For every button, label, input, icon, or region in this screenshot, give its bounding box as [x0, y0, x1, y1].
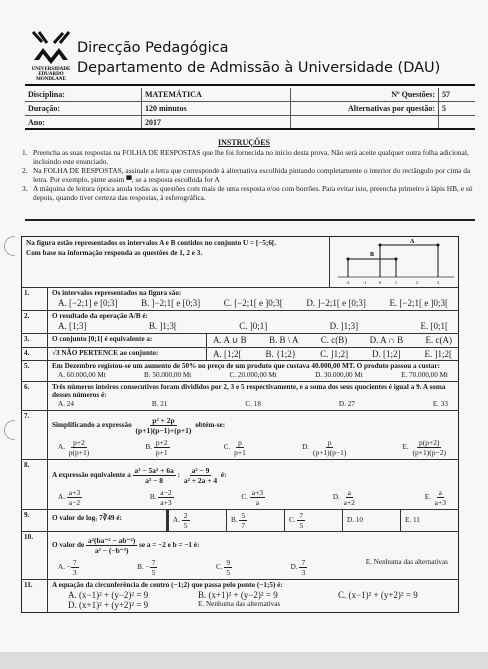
logo-line3: MONDLANE — [36, 77, 66, 82]
option-a: A. (x−1)² + (y−2)² = 9 — [68, 590, 198, 600]
question-7: 7. Simplificando a expressão p² + 2p(p+1… — [22, 411, 458, 460]
nquestoes-label: Nº Questões: — [291, 88, 439, 102]
option-d: D. 73 — [291, 558, 308, 577]
svg-text:2: 2 — [416, 280, 418, 285]
svg-text:1: 1 — [395, 280, 397, 285]
option-d: D. aa+2 — [333, 488, 357, 507]
option-a: A. a+3a−2 — [58, 488, 82, 507]
interval-figure: A B -2 -1 0 1 2 3 — [329, 237, 458, 287]
disciplina-label: Disciplina: — [25, 88, 142, 102]
questions-table: Na figura estão representados os interva… — [21, 236, 459, 613]
question-2: 2. O resultado da operação A/B é: A. [1;… — [22, 311, 458, 334]
nquestoes-value: 57 — [439, 88, 476, 102]
exam-page: UNIVERSIDADE EDUARDO MONDLANE Direcção P… — [0, 0, 488, 652]
option-c: C. 18 — [245, 400, 261, 408]
option-b: B. 50.000,00 Mt — [144, 371, 191, 379]
option-a: A. [1;2[ — [213, 349, 242, 359]
option-b: B. 21 — [152, 400, 168, 408]
option-e: E. 33 — [433, 400, 448, 408]
option-b: B. p+2p+1 — [145, 438, 169, 457]
binder-hole — [4, 236, 15, 256]
option-e: E. c(A) — [425, 335, 452, 346]
header-title: Direcção Pedagógica — [77, 40, 228, 56]
option-b: B. ]−2;1[ e [0;3] — [141, 298, 200, 308]
option-e: E. ]1;2[ — [424, 349, 452, 359]
instruction-item: 2.Na FOLHA DE RESPOSTAS, assinale a letr… — [22, 166, 474, 184]
option-e: E. [0;1[ — [421, 321, 449, 331]
intro-line1: Na figura estão representados os interva… — [26, 239, 325, 247]
option-c: C. ]1;2] — [320, 349, 348, 359]
label-a: A — [410, 239, 415, 245]
option-c: C. ]0;1] — [239, 321, 267, 331]
option-d: D. 30.000,00 Mt — [315, 371, 363, 379]
instruction-item: 1.Preencha as suas respostas na FOLHA DE… — [22, 148, 474, 166]
instruction-item: 3.A máquina de leitura óptica anula toda… — [22, 184, 474, 202]
svg-text:3: 3 — [437, 280, 439, 285]
option-c: C. a+3a — [241, 488, 265, 507]
intro-line2: Com base na informação responda as quest… — [26, 249, 325, 257]
intro-block: Na figura estão representados os interva… — [22, 237, 458, 288]
option-d: D. (x+1)² + (y+2)² = 9 — [68, 600, 198, 610]
option-a: A. [1;3] — [58, 321, 87, 331]
option-c: C. (x−1)² + (y+2)² = 9 — [338, 590, 438, 600]
option-e: E. Nenhuma das alternativas — [366, 558, 448, 577]
exam-metadata-table: Disciplina: MATEMÁTICA Nº Questões: 57 D… — [25, 88, 475, 130]
divider — [25, 84, 475, 86]
question-1: 1. Os intervalos representados na figura… — [22, 288, 458, 311]
question-9: 9. O valor de log₇ 7∛49 é: A. 25 B. 57 C… — [22, 510, 458, 532]
question-11: 11. A equação da circunferência de centr… — [22, 580, 458, 612]
option-a: A. p+2p(p+1) — [58, 438, 91, 457]
instructions-list: 1.Preencha as suas respostas na FOLHA DE… — [22, 148, 474, 202]
option-c: C. [−2;1[ e ]0;3[ — [224, 298, 283, 308]
alternativas-value: 5 — [439, 102, 476, 116]
option-d: D. A ∩ B — [370, 335, 404, 346]
option-b: B. B \ A — [269, 335, 299, 346]
disciplina-value: MATEMÁTICA — [142, 88, 291, 102]
option-a: A. 25 — [168, 510, 226, 531]
option-c: C. 75 — [284, 510, 342, 531]
alternativas-label: Alternativas por questão: — [291, 102, 439, 116]
question-8: 8. A expressão equivalente a a³ − 5a² + … — [22, 460, 458, 510]
option-d: D. p(p+1)(p−1) — [302, 438, 348, 457]
option-b: B. a−2a+3 — [150, 488, 174, 507]
instructions-title: INSTRUÇÕES — [0, 138, 488, 147]
option-b: B. 57 — [226, 510, 284, 531]
option-a: A. [−2;1] e [0;3] — [58, 298, 118, 308]
header-subtitle: Departamento de Admissão à Universidade … — [77, 60, 440, 76]
question-4: 4. √3 NÃO PERTENCE ao conjunto: A. [1;2[… — [22, 348, 458, 361]
duracao-value: 120 minutos — [142, 102, 291, 116]
option-b: B. ]1;3[ — [149, 321, 177, 331]
option-c: C. 20.000,00 Mt — [230, 371, 277, 379]
question-3: 3. O conjunto [0;1[ é equivalente a: A. … — [22, 334, 458, 348]
option-c: C. c(B) — [321, 335, 348, 346]
option-b: B. (x+1)² + (y−2)² = 9 — [198, 590, 338, 600]
question-6: 6. Três números inteiros consecutivos fo… — [22, 382, 458, 411]
university-logo-icon: UNIVERSIDADE EDUARDO MONDLANE — [30, 30, 72, 82]
option-d: D. [1;2] — [372, 349, 401, 359]
option-e: E. [−2;1[ e ]0;3[ — [389, 298, 448, 308]
option-a: A. −73 — [58, 558, 79, 577]
option-a: A. 24 — [58, 400, 74, 408]
option-d: D. ]1;3] — [330, 321, 359, 331]
question-10: 10. O valor de a²(ba⁻² − ab⁻²)a² − (−b⁻³… — [22, 532, 458, 580]
option-a: A. A ∪ B — [213, 335, 247, 346]
svg-text:-2: -2 — [346, 280, 349, 285]
svg-text:0: 0 — [379, 280, 381, 285]
duracao-label: Duração: — [25, 102, 142, 116]
option-e: E. p(p+2)(p+1)(p−2) — [403, 438, 448, 457]
divider — [25, 128, 475, 130]
option-b: B. {1;2} — [265, 349, 296, 359]
option-e: E. 70.000,00 Mt — [401, 371, 448, 379]
option-b: B. −75 — [137, 558, 157, 577]
option-d: D. 27 — [339, 400, 355, 408]
question-5: 5. Em Dezembro registou-se um aumento de… — [22, 361, 458, 382]
option-e: E. Nenhuma das alternativas — [198, 600, 338, 610]
scan-edge — [0, 652, 488, 669]
option-d: D. ]−2;1[ e [0;3] — [306, 298, 366, 308]
option-a: A. 60.000,00 Mt — [58, 371, 106, 379]
option-e: E. aa+3 — [425, 488, 448, 507]
binder-hole — [4, 420, 15, 440]
option-c: C. 95 — [216, 558, 232, 577]
option-e: E. 11 — [400, 510, 458, 531]
label-b: B — [370, 252, 374, 258]
number-line-icon: A B -2 -1 0 1 2 3 — [330, 237, 458, 287]
option-c: C. pp+1 — [224, 438, 248, 457]
svg-text:-1: -1 — [363, 280, 366, 285]
divider — [25, 219, 475, 221]
option-d: D. 10 — [342, 510, 400, 531]
